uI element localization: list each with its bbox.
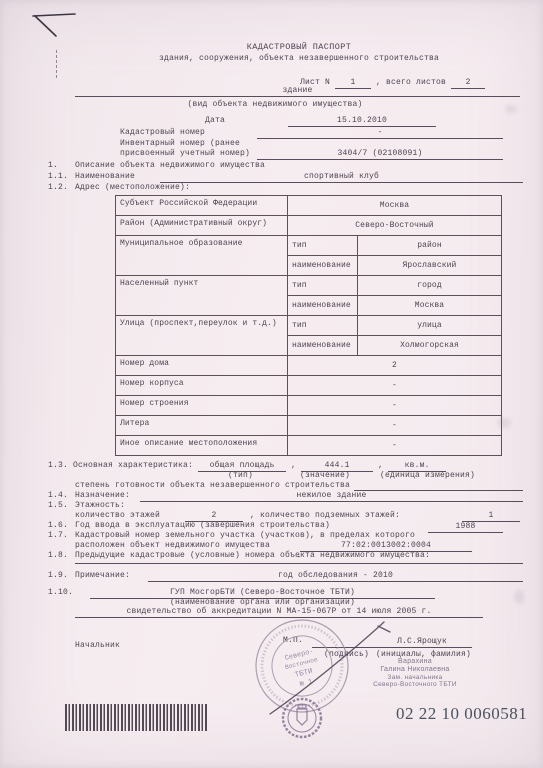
row-label: Номер строения	[116, 396, 288, 416]
item-1-2-num: 1.2.	[48, 183, 68, 193]
caption-type: (тип)	[228, 471, 253, 481]
date-value: 15.10.2010	[288, 116, 436, 127]
row-label: Номер корпуса	[116, 376, 288, 396]
caption-value: (значение)	[300, 471, 350, 481]
item-1-6-value: 1988	[428, 522, 503, 533]
document-number: 02 22 10 0060581	[396, 704, 527, 724]
row-type-value: город	[358, 276, 502, 296]
item-1-4-value: нежилое здание	[140, 491, 523, 502]
item-1-9-label: Примечание:	[75, 571, 130, 581]
item-1-3-num: 1.3.	[48, 461, 68, 470]
scan-smudge	[497, 418, 511, 428]
item-1-8-num: 1.8.	[48, 551, 68, 561]
scan-smudge	[505, 105, 517, 113]
cadastral-number-label: Кадастровый номер	[120, 128, 205, 138]
row-label: Иное описание местоположения	[116, 436, 288, 456]
object-kind-value: здание	[75, 86, 520, 97]
table-row: Муниципальное образование тип район	[116, 236, 502, 256]
cadastral-passport-scan: КАДАСТРОВЫЙ ПАСПОРТ здания, сооружения, …	[0, 0, 543, 768]
row-value: -	[288, 396, 502, 416]
object-kind-caption: (вид объекта недвижимого имущества)	[60, 100, 490, 110]
row-value: -	[288, 416, 502, 436]
section1-title: Описание объекта недвижимого имущества	[75, 161, 265, 171]
cadastral-number-value: -	[257, 128, 503, 139]
row-value: -	[288, 376, 502, 396]
row-value: Москва	[288, 196, 502, 216]
type-subheader: тип	[288, 316, 358, 336]
item-1-1-value: спортивный клуб	[160, 172, 523, 183]
item-1-1-num: 1.1.	[48, 172, 68, 182]
type-subheader: тип	[288, 276, 358, 296]
item-1-9-value: год обследования - 2010	[148, 571, 523, 582]
row-label: Муниципальное образование	[116, 236, 288, 276]
scan-smudge	[514, 590, 524, 604]
table-row: Населенный пункт тип город	[116, 276, 502, 296]
type-subheader: тип	[288, 236, 358, 256]
item-1-1-label: Наименование	[75, 172, 135, 182]
row-name-value: Ярославский	[358, 256, 502, 276]
inventory-number-label-line1: Инвентарный номер (ранее	[120, 139, 240, 149]
document-title: КАДАСТРОВЫЙ ПАСПОРТ	[75, 42, 523, 52]
basement-label: , количество подземных этажей:	[250, 511, 400, 521]
barcode	[65, 704, 207, 731]
row-value: -	[288, 436, 502, 456]
table-row: Литера -	[116, 416, 502, 436]
row-type-value: район	[358, 236, 502, 256]
address-table: Субъект Российской Федерации Москва Райо…	[115, 195, 502, 456]
name-subheader: наименование	[288, 336, 358, 356]
row-label: Улица (проспект,переулок и т.д.)	[116, 316, 288, 356]
readiness-label: степень готовности объекта незавершенног…	[75, 481, 350, 491]
item-1-5-label: Этажность:	[75, 501, 125, 511]
inventory-number-label-line2: присвоенный учетный номер)	[120, 149, 250, 159]
row-value: 2	[288, 356, 502, 376]
item-1-9-num: 1.9.	[48, 571, 68, 581]
row-name-value: Холмогорская	[358, 336, 502, 356]
name-subheader: наименование	[288, 256, 358, 276]
caption-unit: (единица измерения)	[380, 471, 475, 481]
row-label: Субъект Российской Федерации	[116, 196, 288, 216]
section1-num: 1.	[48, 161, 58, 171]
item-1-7-num: 1.7.	[48, 531, 68, 541]
item-1-2-label: Адрес (местоположение):	[75, 183, 190, 193]
item-1-4-num: 1.4.	[48, 491, 68, 501]
item-1-3-label: Основная характеристика:	[73, 461, 193, 470]
chief-label: Начальник	[75, 641, 120, 651]
item-1-6-num: 1.6.	[48, 521, 68, 531]
pencil-tick-mark	[56, 50, 57, 78]
basement-value: 1	[462, 511, 520, 522]
item-1-4-label: Назначение:	[75, 491, 130, 501]
floors-label: количество этажей	[75, 511, 160, 521]
table-row: Номер строения -	[116, 396, 502, 416]
table-row: Улица (проспект,переулок и т.д.) тип ули…	[116, 316, 502, 336]
table-row: Иное описание местоположения -	[116, 436, 502, 456]
row-name-value: Москва	[358, 296, 502, 316]
document-subtitle: здания, сооружения, объекта незавершенно…	[75, 54, 523, 64]
row-type-value: улица	[358, 316, 502, 336]
separator: ,	[291, 461, 296, 470]
name-subheader: наименование	[288, 296, 358, 316]
item-1-5-num: 1.5.	[48, 501, 68, 511]
row-label: Населенный пункт	[116, 276, 288, 316]
table-row: Номер корпуса -	[116, 376, 502, 396]
item-1-7-label-line2: расположен объект недвижимого имущества	[75, 541, 270, 551]
item-1-7-label-line1: Кадастровый номер земельного участка (уч…	[75, 531, 415, 541]
item-1-3-readiness-line: степень готовности объекта незавершенног…	[75, 481, 523, 491]
row-label: Район (Административный округ)	[116, 216, 288, 236]
row-value: Северо-Восточный	[288, 216, 502, 236]
table-row: Субъект Российской Федерации Москва	[116, 196, 502, 216]
row-label: Номер дома	[116, 356, 288, 376]
handwritten-corner-mark-icon	[25, 6, 95, 46]
date-label: Дата	[205, 116, 225, 126]
official-round-seal: Северо- Восточное ТБТИ № 1	[250, 614, 400, 744]
separator: ,	[378, 461, 383, 470]
item-1-6-label: Год ввода в эксплуатацию (завершения стр…	[75, 521, 330, 531]
row-label: Литера	[116, 416, 288, 436]
inventory-number-value: 3404/7 (02108091)	[257, 149, 503, 160]
table-row: Район (Административный округ) Северо-Во…	[116, 216, 502, 236]
item-1-10-num: 1.10.	[48, 588, 73, 598]
item-1-8-value: -	[75, 553, 523, 564]
table-row: Номер дома 2	[116, 356, 502, 376]
